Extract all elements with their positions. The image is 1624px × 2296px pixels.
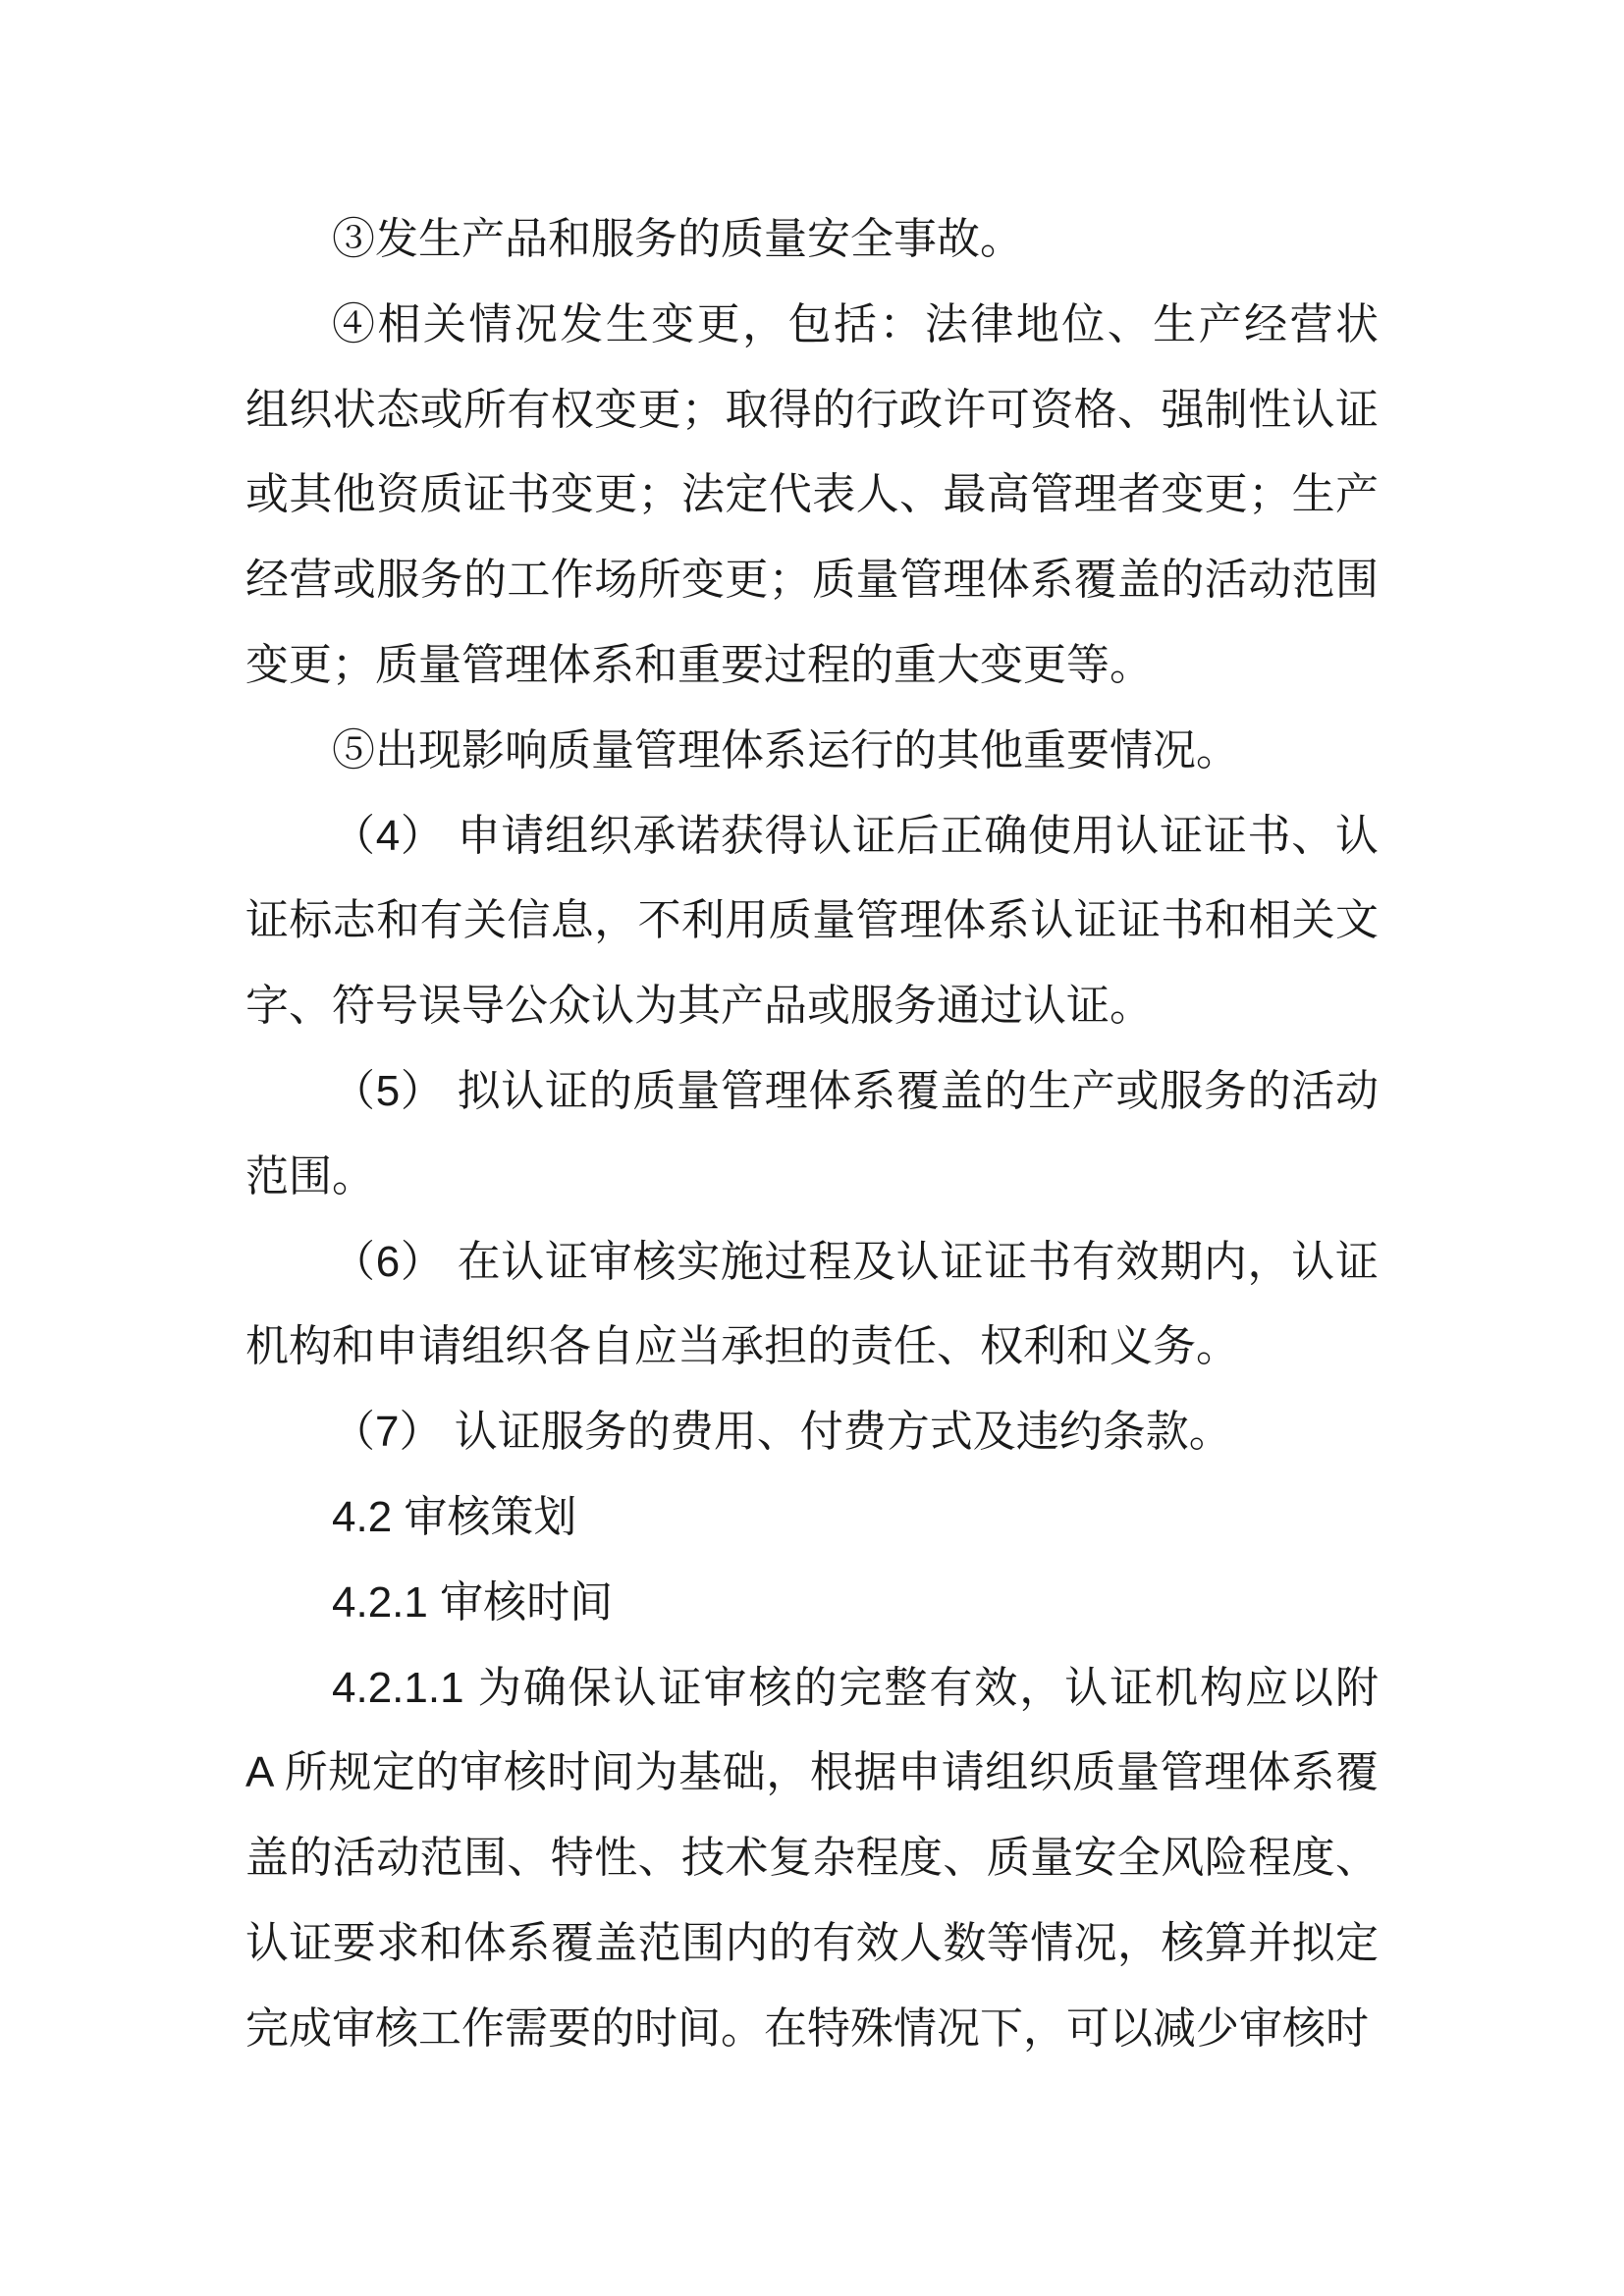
text-line: 认证要求和体系覆盖范围内的有效人数等情况，核算并拟定 [245,1901,1379,1987]
text-line: 4.2.1.1 为确保认证审核的完整有效，认证机构应以附录 [245,1646,1379,1732]
text-line: A 所规定的审核时间为基础，根据申请组织质量管理体系覆 [245,1731,1379,1816]
text-line: （5） 拟认证的质量管理体系覆盖的生产或服务的活动 [245,1049,1379,1135]
text-line: 范围。 [245,1135,1379,1220]
text-line: 字、符号误导公众认为其产品或服务通过认证。 [245,964,1379,1049]
text-line: 盖的活动范围、特性、技术复杂程度、质量安全风险程度、 [245,1816,1379,1901]
text-line: 经营或服务的工作场所变更；质量管理体系覆盖的活动范围 [245,538,1379,623]
text-block: ③发生产品和服务的质量安全事故。 ④相关情况发生变更，包括：法律地位、生产经营状… [245,197,1379,2072]
text-line: ④相关情况发生变更，包括：法律地位、生产经营状况、 [245,283,1379,368]
section-heading: 4.2.1 审核时间 [245,1561,1379,1646]
text-line: 机构和申请组织各自应当承担的责任、权利和义务。 [245,1305,1379,1390]
section-heading: 4.2 审核策划 [245,1475,1379,1561]
document-page: ③发生产品和服务的质量安全事故。 ④相关情况发生变更，包括：法律地位、生产经营状… [0,0,1624,2296]
text-line: （6） 在认证审核实施过程及认证证书有效期内，认证 [245,1220,1379,1306]
text-line: 或其他资质证书变更；法定代表人、最高管理者变更；生产 [245,453,1379,538]
text-line: ③发生产品和服务的质量安全事故。 [245,197,1379,283]
text-line: 证标志和有关信息，不利用质量管理体系认证证书和相关文 [245,879,1379,964]
text-line: ⑤出现影响质量管理体系运行的其他重要情况。 [245,709,1379,794]
text-line: 组织状态或所有权变更；取得的行政许可资格、强制性认证 [245,368,1379,454]
text-line: 变更；质量管理体系和重要过程的重大变更等。 [245,623,1379,709]
text-line: （7） 认证服务的费用、付费方式及违约条款。 [245,1390,1379,1475]
text-line: 完成审核工作需要的时间。在特殊情况下，可以减少审核时 [245,1987,1379,2072]
text-line: （4） 申请组织承诺获得认证后正确使用认证证书、认 [245,794,1379,880]
